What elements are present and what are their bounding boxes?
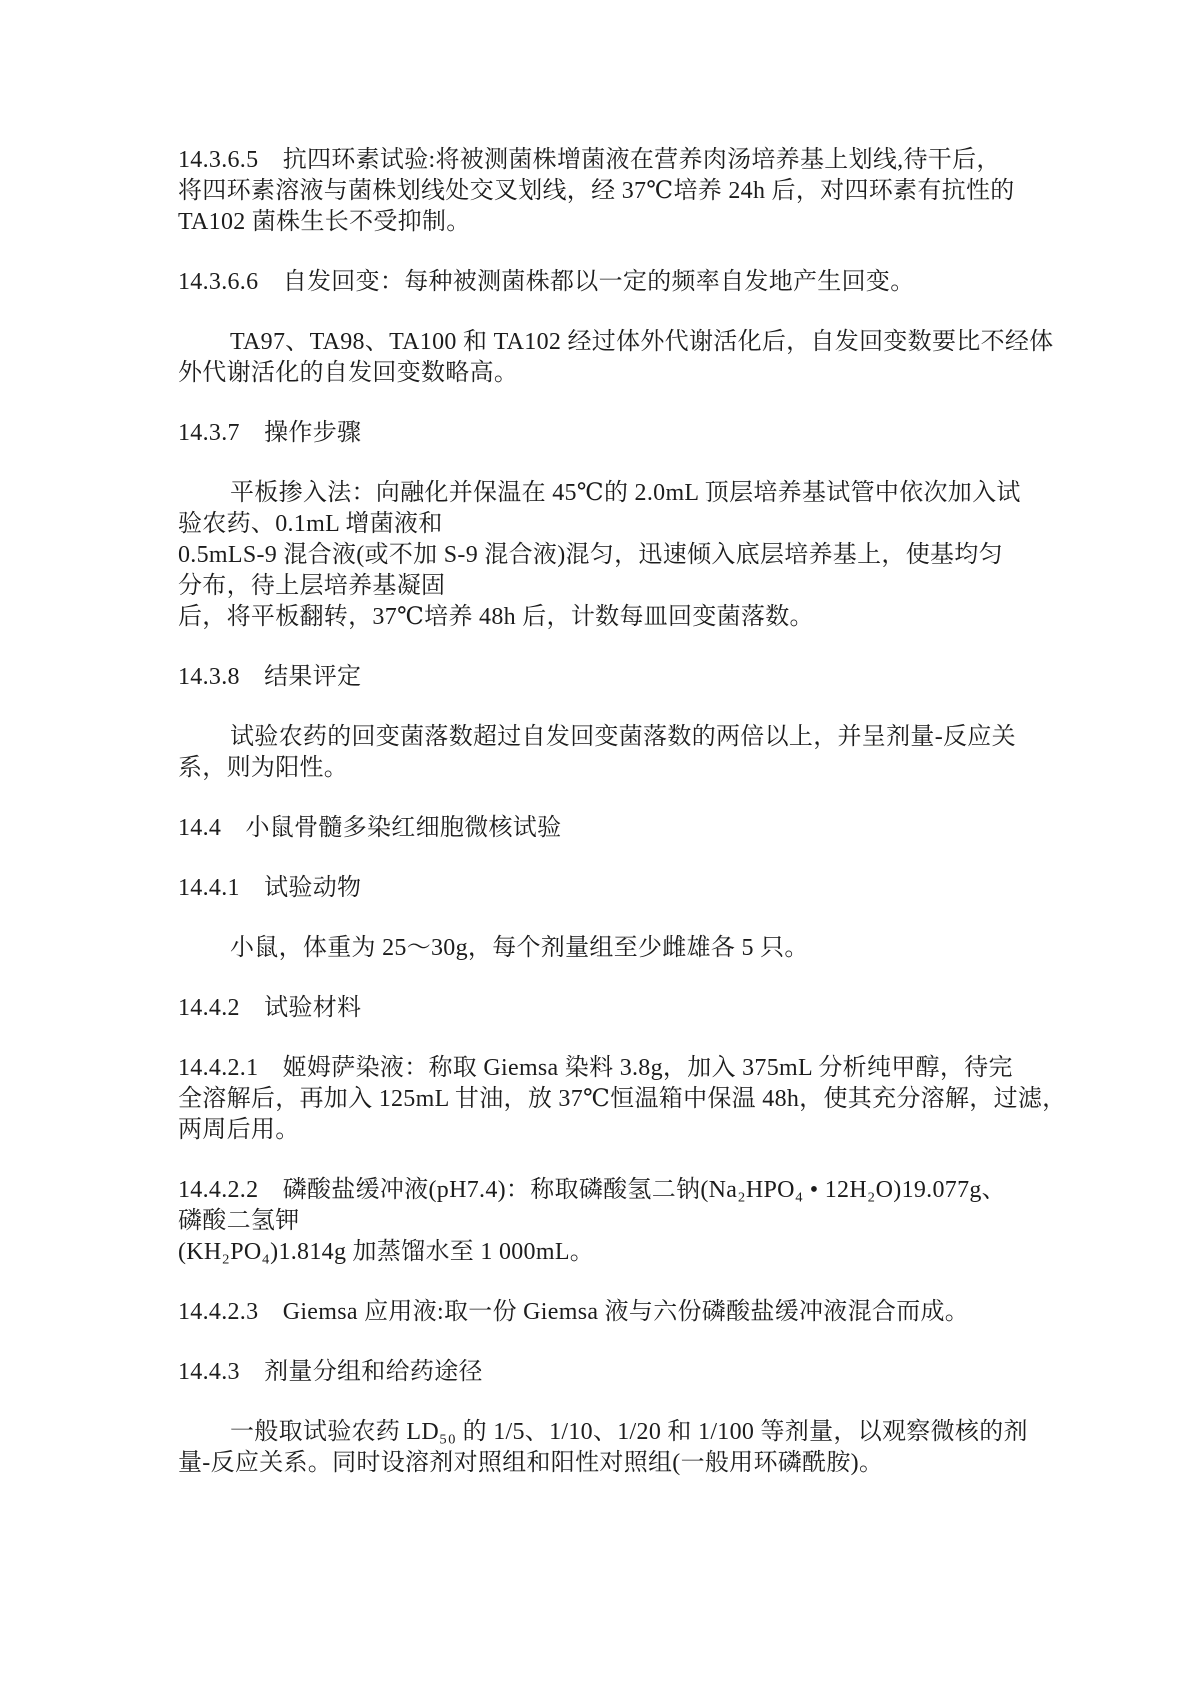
- text-line: 试验农药的回变菌落数超过自发回变菌落数的两倍以上，并呈剂量-反应关: [178, 722, 1038, 753]
- text-line: 全溶解后，再加入 125mL 甘油，放 37℃恒温箱中保温 48h，使其充分溶解…: [178, 1084, 1038, 1115]
- text-line: 系，则为阳性。: [178, 753, 1038, 784]
- text-line: 磷酸二氢钾: [178, 1206, 1038, 1237]
- paragraph: 14.4.1 试验动物: [178, 873, 1038, 904]
- text-line: 0.5mLS-9 混合液(或不加 S-9 混合液)混匀，迅速倾入底层培养基上，使…: [178, 540, 1038, 571]
- document-page: 14.3.6.5 抗四环素试验:将被测菌株增菌液在营养肉汤培养基上划线,待干后，…: [0, 0, 1200, 1696]
- text-line: 外代谢活化的自发回变数略高。: [178, 358, 1038, 389]
- paragraph: 试验农药的回变菌落数超过自发回变菌落数的两倍以上，并呈剂量-反应关系，则为阳性。: [178, 722, 1038, 784]
- text-line: TA102 菌株生长不受抑制。: [178, 207, 1038, 238]
- paragraph: 小鼠，体重为 25～30g，每个剂量组至少雌雄各 5 只。: [178, 933, 1038, 964]
- text-line: 14.4.2.2 磷酸盐缓冲液(pH7.4)：称取磷酸氢二钠(Na₂HPO₄ •…: [178, 1175, 1038, 1206]
- text-line: 平板掺入法：向融化并保温在 45℃的 2.0mL 顶层培养基试管中依次加入试: [178, 478, 1038, 509]
- paragraph: 14.3.6.6 自发回变：每种被测菌株都以一定的频率自发地产生回变。: [178, 267, 1038, 298]
- text-line: 后，将平板翻转，37℃培养 48h 后，计数每皿回变菌落数。: [178, 602, 1038, 633]
- text-line: 14.4 小鼠骨髓多染红细胞微核试验: [178, 813, 1038, 844]
- paragraph: 14.4.3 剂量分组和给药途径: [178, 1357, 1038, 1388]
- text-line: 14.4.1 试验动物: [178, 873, 1038, 904]
- text-line: 14.4.2 试验材料: [178, 993, 1038, 1024]
- text-line: TA97、TA98、TA100 和 TA102 经过体外代谢活化后，自发回变数要…: [178, 327, 1038, 358]
- text-line: 14.4.2.1 姬姆萨染液：称取 Giemsa 染料 3.8g，加入 375m…: [178, 1053, 1038, 1084]
- paragraph: 14.4 小鼠骨髓多染红细胞微核试验: [178, 813, 1038, 844]
- paragraph: 14.3.8 结果评定: [178, 662, 1038, 693]
- paragraph: 一般取试验农药 LD₅₀ 的 1/5、1/10、1/20 和 1/100 等剂量…: [178, 1417, 1038, 1479]
- text-line: 14.4.3 剂量分组和给药途径: [178, 1357, 1038, 1388]
- text-line: 一般取试验农药 LD₅₀ 的 1/5、1/10、1/20 和 1/100 等剂量…: [178, 1417, 1038, 1448]
- text-line: 14.3.8 结果评定: [178, 662, 1038, 693]
- paragraph: 14.3.7 操作步骤: [178, 418, 1038, 449]
- text-line: (KH₂PO₄)1.814g 加蒸馏水至 1 000mL。: [178, 1237, 1038, 1268]
- paragraph: 平板掺入法：向融化并保温在 45℃的 2.0mL 顶层培养基试管中依次加入试验农…: [178, 478, 1038, 633]
- paragraph: 14.4.2.2 磷酸盐缓冲液(pH7.4)：称取磷酸氢二钠(Na₂HPO₄ •…: [178, 1175, 1038, 1268]
- text-line: 14.3.6.5 抗四环素试验:将被测菌株增菌液在营养肉汤培养基上划线,待干后，: [178, 145, 1038, 176]
- text-line: 14.3.6.6 自发回变：每种被测菌株都以一定的频率自发地产生回变。: [178, 267, 1038, 298]
- text-line: 验农药、0.1mL 增菌液和: [178, 509, 1038, 540]
- paragraph: 14.4.2 试验材料: [178, 993, 1038, 1024]
- text-line: 将四环素溶液与菌株划线处交叉划线，经 37℃培养 24h 后，对四环素有抗性的: [178, 176, 1038, 207]
- text-line: 14.3.7 操作步骤: [178, 418, 1038, 449]
- document-body: 14.3.6.5 抗四环素试验:将被测菌株增菌液在营养肉汤培养基上划线,待干后，…: [178, 145, 1038, 1479]
- text-line: 14.4.2.3 Giemsa 应用液:取一份 Giemsa 液与六份磷酸盐缓冲…: [178, 1297, 1038, 1328]
- paragraph: 14.4.2.1 姬姆萨染液：称取 Giemsa 染料 3.8g，加入 375m…: [178, 1053, 1038, 1146]
- paragraph: TA97、TA98、TA100 和 TA102 经过体外代谢活化后，自发回变数要…: [178, 327, 1038, 389]
- text-line: 小鼠，体重为 25～30g，每个剂量组至少雌雄各 5 只。: [178, 933, 1038, 964]
- text-line: 两周后用。: [178, 1115, 1038, 1146]
- paragraph: 14.4.2.3 Giemsa 应用液:取一份 Giemsa 液与六份磷酸盐缓冲…: [178, 1297, 1038, 1328]
- paragraph: 14.3.6.5 抗四环素试验:将被测菌株增菌液在营养肉汤培养基上划线,待干后，…: [178, 145, 1038, 238]
- text-line: 分布，待上层培养基凝固: [178, 571, 1038, 602]
- text-line: 量-反应关系。同时设溶剂对照组和阳性对照组(一般用环磷酰胺)。: [178, 1448, 1038, 1479]
